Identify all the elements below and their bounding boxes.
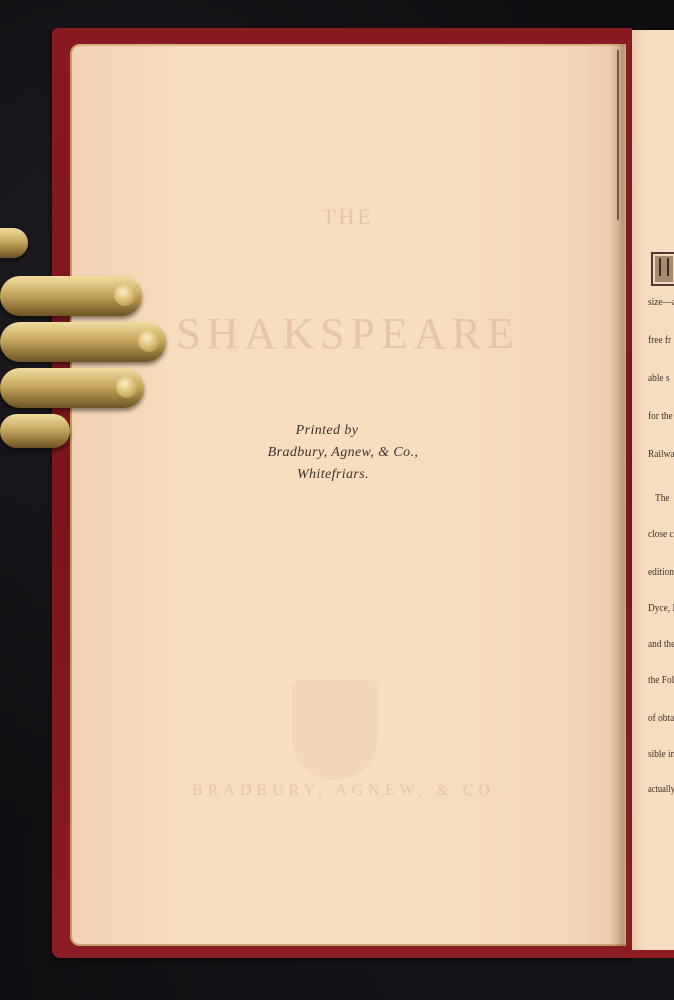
right-page-line: Railway [648,448,674,460]
fingernail-icon [114,284,136,306]
brass-finger [0,322,166,362]
right-page-line: Dyce, I [648,602,674,614]
fingernail-icon [116,376,138,398]
show-through-text-upper: THE [70,204,626,230]
right-page-line: the Fol [648,674,674,686]
brass-finger [0,276,142,316]
imprint-line-location: Whitefriars. [40,464,626,486]
right-page-line: The [655,492,670,504]
right-page-binding-edge [626,950,674,958]
gutter-crack [617,50,619,220]
decorative-dropcap [651,252,674,286]
right-page-line: close c [648,528,674,540]
show-through-shield-emblem [292,680,378,780]
right-page-line: sible in [648,748,674,760]
right-page-line: able s [648,372,670,384]
brass-finger [0,368,144,408]
right-page-line: editions [648,566,674,578]
brass-hand-page-holder [0,228,170,458]
left-page: THE SHAKSPEARE BRADBURY, AGNEW, & CO. [70,44,626,946]
photo-scene: THE SHAKSPEARE BRADBURY, AGNEW, & CO. Pr… [0,0,674,1000]
right-page-line: size—a [648,296,674,308]
right-page-line: actually [648,784,674,795]
show-through-publisher: BRADBURY, AGNEW, & CO. [70,782,626,800]
brass-finger-tip [0,228,28,258]
right-page-line: of obta [648,712,674,724]
brass-thumb [0,414,70,448]
right-page-line: free fr [648,334,671,346]
fingernail-icon [138,330,160,352]
book-gutter [610,44,632,946]
right-page-line: and the [648,638,674,650]
right-page-line: for the [648,410,673,422]
